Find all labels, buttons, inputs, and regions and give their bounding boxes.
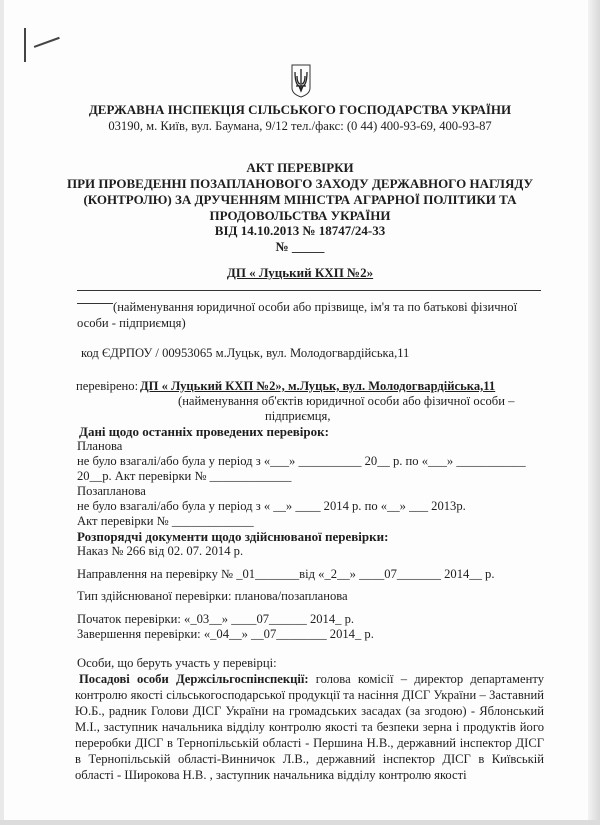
act-reference: ВІД 14.10.2013 № 18747/24-33 — [0, 223, 600, 239]
planned-label: Планова — [77, 439, 122, 454]
checked-label: перевірено: — [76, 379, 138, 394]
page-edge-bottom — [0, 820, 600, 825]
unplanned-act: Акт перевірки № _____________ — [77, 514, 254, 529]
act-subtitle: (КОНТРОЛЮ) ЗА ДРУЧЕННЯМ МІНІСТРА АГРАРНО… — [0, 192, 600, 208]
entity-caption: (найменування юридичної особи або прізви… — [113, 300, 517, 315]
trident-coat-of-arms-icon — [291, 64, 311, 98]
entity-caption: особи - підприємця) — [77, 316, 186, 331]
participants-text: голова комісії – директор департаменту к… — [75, 672, 544, 782]
organization-address: 03190, м. Київ, вул. Баумана, 9/12 тел./… — [0, 119, 600, 134]
planned-act: 20__р. Акт перевірки № _____________ — [77, 469, 291, 484]
referral-line: Направлення на перевірку № _01_______від… — [77, 567, 495, 582]
act-subtitle: ПРОДОВОЛЬСТВА УКРАЇНИ — [0, 208, 600, 224]
underline-rule — [77, 303, 113, 304]
checked-caption: (найменування об'єктів юридичної особи а… — [178, 394, 514, 409]
underline-rule — [77, 290, 541, 291]
act-subtitle: ПРИ ПРОВЕДЕННІ ПОЗАПЛАНОВОГО ЗАХОДУ ДЕРЖ… — [0, 176, 600, 192]
check-type: Тип здійснюваної перевірки: планова/поза… — [77, 589, 348, 604]
edrpou-code: код ЄДРПОУ / 00953065 м.Луцьк, вул. Моло… — [81, 346, 409, 361]
check-start: Початок перевірки: «_03__» ____07______ … — [77, 612, 354, 627]
checked-entity: ДП « Луцький КХП №2», м.Луцьк, вул. Моло… — [140, 379, 495, 394]
unplanned-label: Позапланова — [77, 484, 146, 499]
previous-checks-heading: Дані щодо останніх проведених перевірок: — [79, 424, 329, 440]
organization-name: ДЕРЖАВНА ІНСПЕКЦІЯ СІЛЬСЬКОГО ГОСПОДАРСТ… — [0, 102, 600, 118]
act-title: АКТ ПЕРЕВІРКИ — [0, 160, 600, 176]
checked-caption: підприємця, — [265, 409, 330, 424]
participants-heading: Особи, що беруть участь у перевірці: — [77, 656, 277, 671]
check-end: Завершення перевірки: «_04__» __07______… — [77, 627, 374, 642]
act-number: № _____ — [0, 239, 600, 255]
participants-paragraph: Посадові особи Держсільгоспінспекції: го… — [75, 671, 544, 783]
entity-name: ДП « Луцький КХП №2» — [0, 265, 600, 281]
handwritten-mark — [24, 28, 26, 62]
unplanned-period: не було взагалі/або була у період з « __… — [77, 499, 466, 514]
participants-lead: Посадові особи Держсільгоспінспекції: — [79, 672, 309, 686]
planned-period: не було взагалі/або була у період з «___… — [77, 454, 526, 469]
orders-heading: Розпорядчі документи щодо здійснюваної п… — [77, 529, 388, 545]
order-number: Наказ № 266 від 02. 07. 2014 р. — [77, 544, 243, 559]
